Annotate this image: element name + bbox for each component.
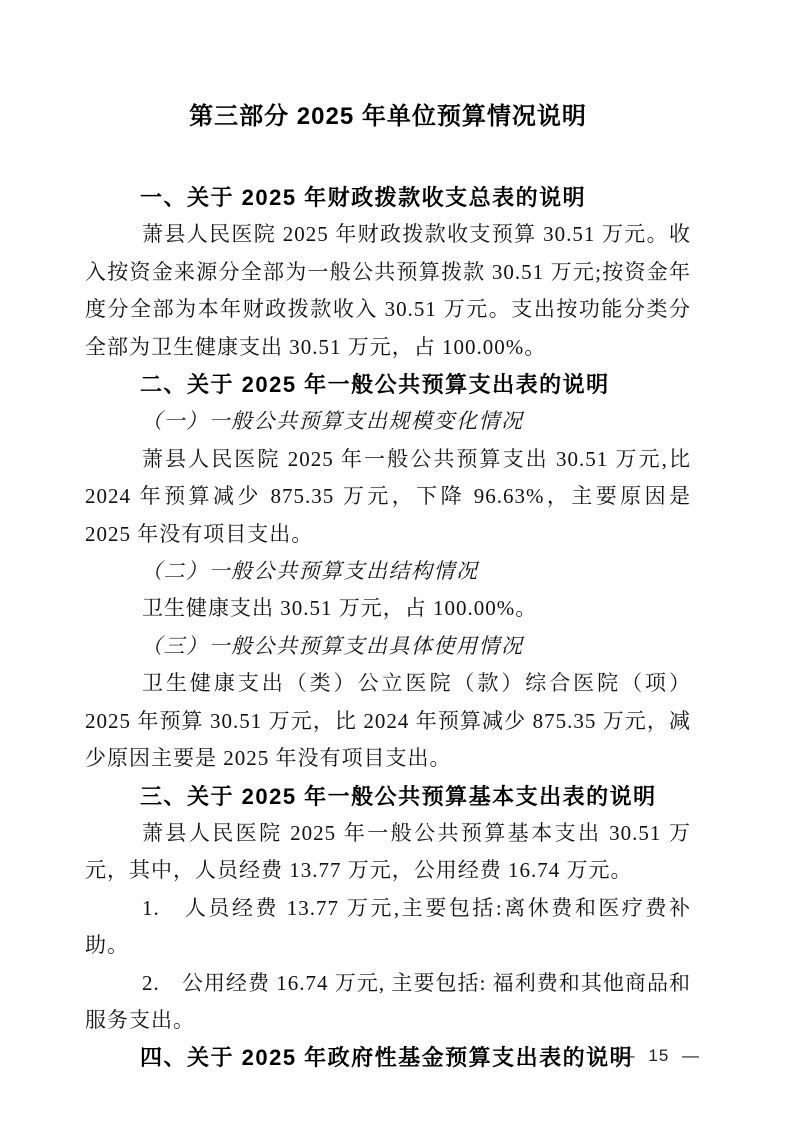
section-heading-3: 三、关于 2025 年一般公共预算基本支出表的说明 [85, 778, 691, 815]
subsection-heading-2-3: （三）一般公共预算支出具体使用情况 [85, 628, 691, 665]
paragraph-fiscal-appropriation-summary: 萧县人民医院 2025 年财政拨款收支预算 30.51 万元。收入按资金来源分全… [85, 216, 691, 366]
subsection-heading-2-2: （二）一般公共预算支出结构情况 [85, 553, 691, 590]
section-heading-4: 四、关于 2025 年政府性基金预算支出表的说明 [85, 1039, 691, 1076]
paragraph-basic-expenditure: 萧县人民医院 2025 年一般公共预算基本支出 30.51 万元，其中，人员经费… [85, 815, 691, 890]
paragraph-expenditure-usage: 卫生健康支出（类）公立医院（款）综合医院（项）2025 年预算 30.51 万元… [85, 665, 691, 777]
document-content: 第三部分 2025 年单位预算情况说明 一、关于 2025 年财政拨款收支总表的… [85, 95, 691, 1077]
page-number: — 15 — [618, 1046, 700, 1066]
list-item-personnel-expense: 1. 人员经费 13.77 万元,主要包括:离休费和医疗费补助。 [85, 890, 691, 965]
list-item-public-expense: 2. 公用经费 16.74 万元, 主要包括: 福利费和其他商品和服务支出。 [85, 965, 691, 1040]
document-page: 第三部分 2025 年单位预算情况说明 一、关于 2025 年财政拨款收支总表的… [0, 0, 793, 1122]
subsection-heading-2-1: （一）一般公共预算支出规模变化情况 [85, 403, 691, 440]
document-title: 第三部分 2025 年单位预算情况说明 [85, 95, 691, 139]
paragraph-expenditure-structure: 卫生健康支出 30.51 万元，占 100.00%。 [85, 590, 691, 627]
section-heading-2: 二、关于 2025 年一般公共预算支出表的说明 [85, 366, 691, 403]
paragraph-budget-scale-change: 萧县人民医院 2025 年一般公共预算支出 30.51 万元,比 2024 年预… [85, 441, 691, 553]
section-heading-1: 一、关于 2025 年财政拨款收支总表的说明 [85, 179, 691, 216]
